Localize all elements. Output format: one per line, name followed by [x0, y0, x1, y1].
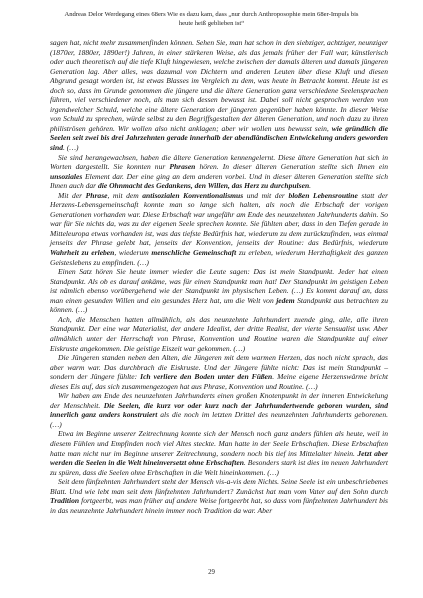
paragraph: Etwa im Beginne unserer Zeitrechnung kon…: [50, 429, 388, 477]
emphasized-text: Phrase: [86, 191, 108, 200]
text-segment: Etwa im Beginne unserer Zeitrechnung kon…: [50, 429, 388, 457]
text-segment: , wiederum: [114, 248, 151, 257]
emphasized-text: jedem: [276, 296, 294, 305]
emphasized-text: Wahrheit zu erleben: [50, 248, 114, 257]
text-segment: .: [309, 181, 311, 190]
text-segment: Ach, die Menschen hatten allmählich, als…: [50, 315, 388, 353]
text-segment: hören. In dieser älteren Generation stel…: [195, 162, 388, 171]
text-segment: sagen hat, nicht mehr zusammenfinden kön…: [50, 38, 388, 133]
emphasized-text: die Ohnmacht des Gedankens, den Willen, …: [98, 181, 309, 190]
emphasized-text: Tradition: [50, 496, 79, 505]
emphasized-text: menschliche Gemeinschaft: [151, 248, 236, 257]
paragraph: Ach, die Menschen hatten allmählich, als…: [50, 315, 388, 353]
emphasized-text: antisozialen Konventionalismus: [142, 191, 243, 200]
text-segment: Mit der: [58, 191, 86, 200]
paragraph: Die Jüngeren standen neben den Alten, di…: [50, 353, 388, 391]
text-segment: und mit der: [243, 191, 288, 200]
text-segment: , mit dem: [107, 191, 142, 200]
page-number: 29: [0, 569, 423, 576]
emphasized-text: unsoziales: [50, 172, 82, 181]
text-segment: fortgeerbt, was man früher auf andere We…: [50, 496, 388, 515]
emphasized-text: bloßen Lebensroutine: [288, 191, 357, 200]
header-line-2: heute heiß geblieben ist“: [40, 19, 383, 28]
paragraph: Sie sind herangewachsen, haben die älter…: [50, 153, 388, 191]
paragraph: Mit der Phrase, mit dem antisozialen Kon…: [50, 191, 388, 267]
text-segment: . (…): [63, 143, 79, 152]
paragraph: Einen Satz hören Sie heute immer wieder …: [50, 267, 388, 315]
emphasized-text: Phrasen: [169, 162, 195, 171]
header-line-1: Andreas Delor Werdegang eines 68ers Wie …: [40, 10, 383, 19]
running-header: Andreas Delor Werdegang eines 68ers Wie …: [40, 10, 383, 28]
paragraph: Wir haben am Ende des neunzehnten Jahrhu…: [50, 391, 388, 429]
emphasized-text: Ich verliere den Boden unter den Füßen: [140, 372, 272, 381]
text-segment: Seit dem fünfzehnten Jahrhundert steht d…: [50, 477, 388, 496]
document-body: sagen hat, nicht mehr zusammenfinden kön…: [50, 38, 388, 515]
paragraph: sagen hat, nicht mehr zusammenfinden kön…: [50, 38, 388, 153]
paragraph: Seit dem fünfzehnten Jahrhundert steht d…: [50, 477, 388, 515]
